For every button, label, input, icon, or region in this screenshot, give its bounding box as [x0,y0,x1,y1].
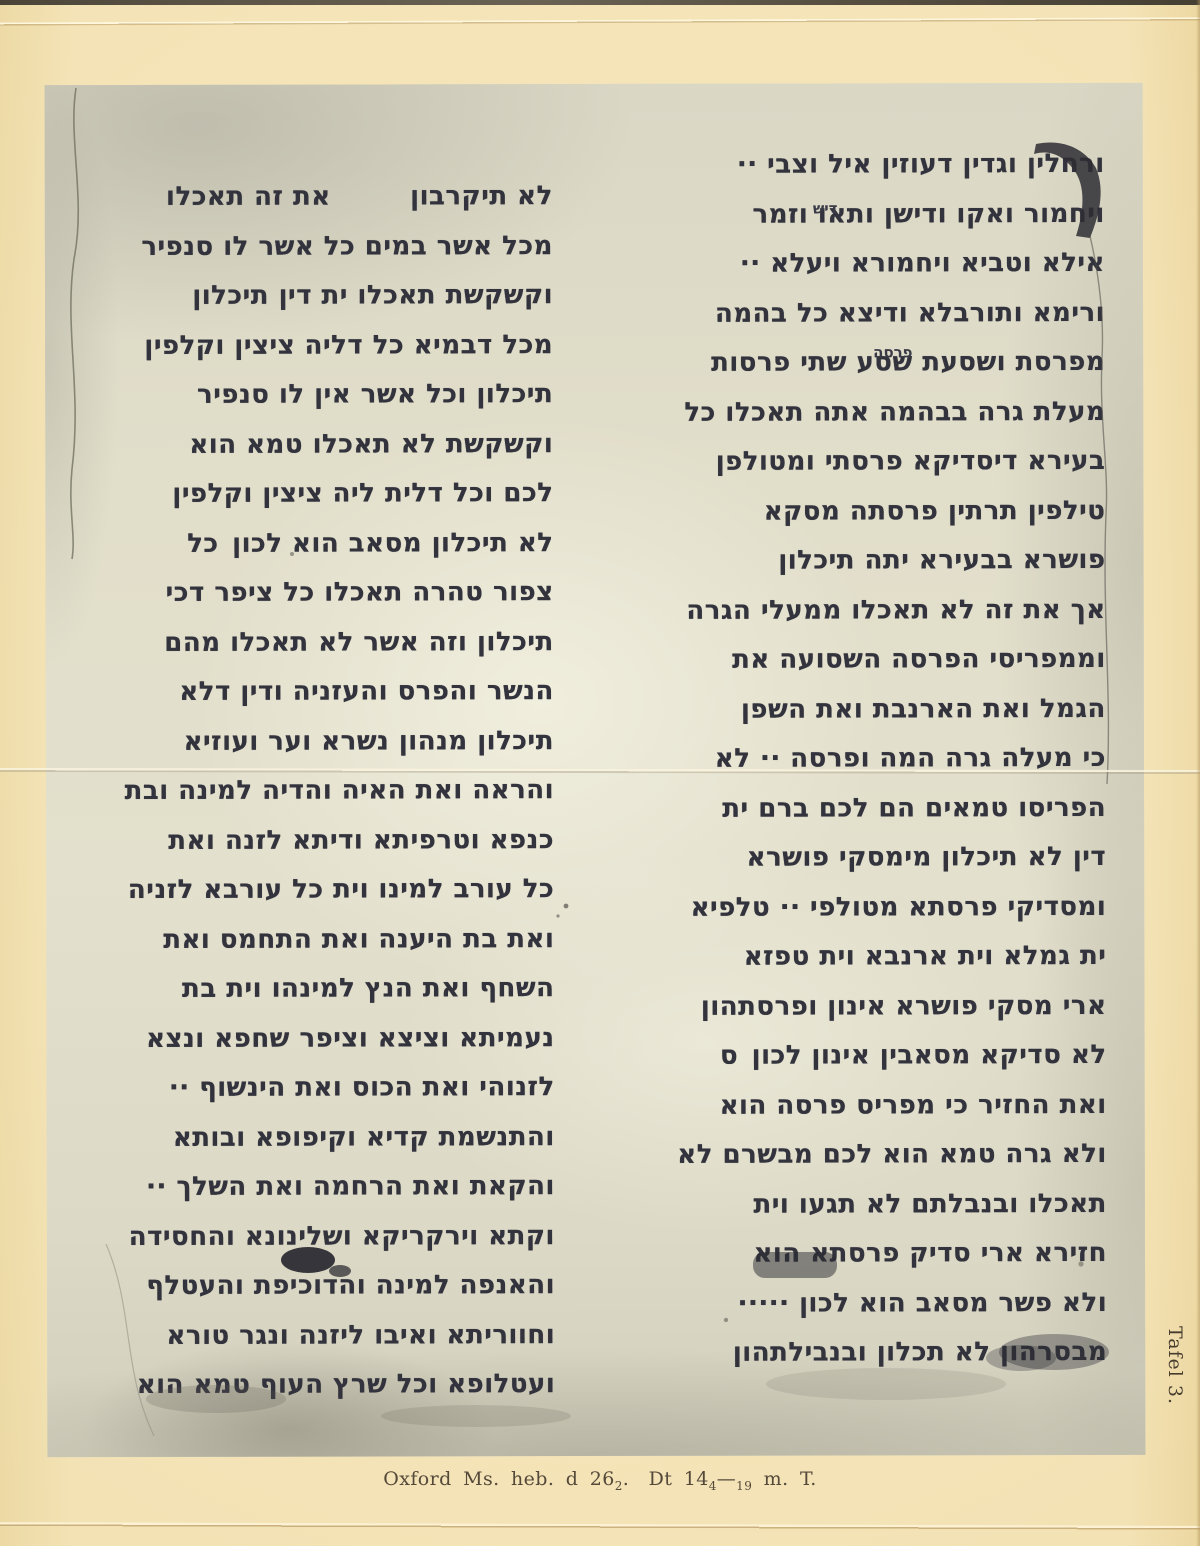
caption-subscript: 19 [736,1479,752,1493]
manuscript-text-line: כי מעלה גרה המה ופרסה ·· לא [616,734,1106,785]
plate-caption: Oxford Ms. heb. d 262. Dt 144—19 m. T. [0,1468,1200,1493]
manuscript-text-line: מכל אשר במים כל אשר לו סנפיר [67,222,553,273]
manuscript-text-line: ית גמלא וית ארנבא וית טפזא [616,932,1106,983]
manuscript-text-line: ורימא ותורבלא ודיצא כל בהמה [615,288,1105,339]
manuscript-text-line: והתנשמת קדיא וקיפופא ובותא [69,1113,555,1164]
caption-dash: — [717,1468,736,1490]
manuscript-text-line: מבסרהון לא תכלון ובנבילתהון [617,1328,1107,1379]
tafel-plate-number: Tafel 3. [1164,1326,1186,1466]
manuscript-text-line: ומסדיקי פרסתא מטולפי ·· טלפיא [616,882,1106,933]
manuscript-text-line: וחווריתא ואיבו ליזנה ונגר טורא [69,1311,555,1362]
manuscript-text-line: לא תיכלון מסאב הוא לכון כל [67,519,553,570]
manuscript-text-line: לא תיקרבון את זה תאכלו [67,172,553,223]
page-top-fold-crease [0,17,1200,25]
manuscript-text-line: והאנפה למינה והדוכיפת והעטלף [69,1261,555,1312]
manuscript-column-right: ורחלין וגדין דעוזין איל וצבי ··ויחמור וא… [615,140,1108,1379]
manuscript-text-line: לא סדיקא מסאבין אינון לכון ס [617,1031,1107,1082]
manuscript-text-line: מעלת גרה בבהמה אתה תאכלו כל [615,387,1105,438]
manuscript-text-line: אילא וטביא ויחמורא ויעלא ·· [615,239,1105,290]
manuscript-text-line: והקאת ואת הרחמה ואת השלך ·· [69,1162,555,1213]
page-right-edge-shadow [1196,0,1200,1546]
manuscript-text-line: כנפא וטרפיתא ודיתא לזנה ואת [68,816,554,867]
manuscript-text-line: השחף ואת הנץ למינהו וית בת [68,964,554,1015]
caption-text: . Dt 14 [623,1468,709,1490]
book-page: { "colors": { "page_background": "#f1e0b… [0,0,1200,1546]
manuscript-text-line: וממפריסי הפרסה השסועה את [616,635,1106,686]
manuscript-text-line: אך את זה לא תאכלו ממעלי הגרה [616,585,1106,636]
manuscript-text-line: דין לא תיכלון מימסקי פושרא [616,833,1106,884]
manuscript-text-line: מכל דבמיא כל דליה ציצין וקלפין [67,321,553,372]
caption-subscript: 4 [709,1479,717,1493]
manuscript-text-line: והראה ואת האיה והדיה למינה ובת [68,766,554,817]
manuscript-text-line: פושרא בבעירא יתה תיכלון [616,536,1106,587]
manuscript-text-line: מפרסת ושסעת שסע שתי פרסות [615,338,1105,389]
manuscript-text-line: תיכלון מנהון נשרא וער ועוזיא [68,717,554,768]
manuscript-column-left: לא תיקרבון את זה תאכלומכל אשר במים כל אש… [67,172,556,1411]
manuscript-text-line: ולא פשר מסאב הוא לכון ····· [617,1278,1107,1329]
manuscript-text-line: כל עורב למינו וית כל עורבא לזניה [68,865,554,916]
manuscript-text-line: צפור טהרה תאכלו כל ציפר דכי [68,568,554,619]
caption-text: m. T. [752,1468,816,1490]
manuscript-text-line: נעמיתא וציצא וציפר שחפא ונצא [69,1014,555,1065]
manuscript-text-line: תאכלו ובנבלתם לא תגעו וית [617,1179,1107,1230]
manuscript-text-line: תיכלון וזה אשר לא תאכלו מהם [68,618,554,669]
manuscript-text-line: ולא גרה טמא הוא לכם מבשרם לא [617,1130,1107,1181]
manuscript-text-line: וקתא וירקריקא ושלינונא והחסידה [69,1212,555,1263]
manuscript-text-line: ארי מסקי פושרא אינון ופרסתהון [616,981,1106,1032]
manuscript-text-line: הגמל ואת הארנבת ואת השפן [616,684,1106,735]
manuscript-text-line: ויחמור ואקו ודישן ותאו וזמר [615,189,1105,240]
page-bottom-fold-crease [0,1522,1200,1531]
interlinear-correction: פרסה [873,343,912,361]
manuscript-text-line: בעירא דיסדיקא פרסתי ומטולפן [615,437,1105,488]
manuscript-text-line: ואת בת היענה ואת התחמס ואת [68,915,554,966]
manuscript-text-line: תיכלון וכל אשר אין לו סנפיר [67,370,553,421]
manuscript-text-line: לזנוהי ואת הכוס ואת הינשוף ·· [69,1063,555,1114]
manuscript-text-line: חזירא ארי סדיק פרסתא הוא [617,1229,1107,1280]
interlinear-correction: דיש [813,199,838,217]
manuscript-text-line: לכם וכל דלית ליה ציצין וקלפין [67,469,553,520]
page-top-shadow-edge [0,0,1200,5]
manuscript-text-line: ורחלין וגדין דעוזין איל וצבי ·· [615,140,1105,191]
manuscript-text-line: ועטלופא וכל שרץ העוף טמא הוא [69,1360,555,1411]
manuscript-text-line: טילפין תרתין פרסתה מסקא [615,486,1105,537]
caption-text: Oxford Ms. heb. d 26 [383,1468,614,1490]
caption-subscript: 2 [615,1479,623,1493]
manuscript-text-line: וקשקשת לא תאכלו טמא הוא [67,420,553,471]
manuscript-text-line: הפריסו טמאים הם לכם ברם ית [616,783,1106,834]
manuscript-text-line: וקשקשת תאכלו ית דין תיכלון [67,271,553,322]
manuscript-text-line: הנשר והפרס והעזניה ודין דלא [68,667,554,718]
manuscript-text-line: ואת החזיר כי מפריס פרסה הוא [617,1080,1107,1131]
